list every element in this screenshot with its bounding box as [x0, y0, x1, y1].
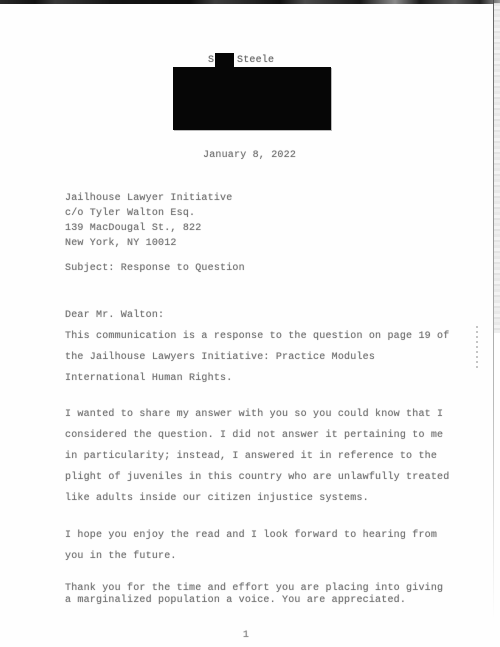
body-line: I hope you enjoy the read and I look for… — [65, 525, 437, 546]
scan-edge-right-smudge — [476, 324, 478, 368]
recipient-line-care-of: c/o Tyler Walton Esq. — [65, 206, 232, 221]
page-number: 1 — [0, 630, 492, 641]
body-line: plight of juveniles in this country who … — [65, 467, 449, 488]
date-line: January 8, 2022 — [203, 148, 296, 163]
body-line: International Human Rights. — [65, 368, 449, 389]
body-line: a marginalized population a voice. You a… — [65, 595, 443, 607]
subject-line: Subject: Response to Question — [65, 261, 245, 276]
scan-edge-top-artifact — [0, 0, 500, 4]
body-line: This communication is a response to the … — [65, 326, 449, 347]
body-line: Thank you for the time and effort you ar… — [65, 583, 443, 595]
recipient-line-street: 139 MacDougal St., 822 — [65, 221, 232, 236]
recipient-line-org: Jailhouse Lawyer Initiative — [65, 191, 232, 206]
scanned-letter-page: S Steele January 8, 2022 Jailhouse Lawye… — [0, 0, 500, 647]
body-line: you in the future. — [65, 546, 437, 567]
body-line: like adults inside our citizen injustice… — [65, 488, 449, 509]
redaction-box-small — [215, 53, 234, 68]
recipient-line-city: New York, NY 10012 — [65, 236, 232, 251]
body-paragraph-1: Dear Mr. Walton: This communication is a… — [65, 305, 449, 389]
body-line: the Jailhouse Lawyers Initiative: Practi… — [65, 347, 449, 368]
body-paragraph-2: I wanted to share my answer with you so … — [65, 404, 449, 509]
scan-edge-right-line — [493, 0, 495, 620]
sender-name-prefix: S — [208, 55, 214, 66]
body-paragraph-4: Thank you for the time and effort you ar… — [65, 583, 443, 607]
redaction-box-large — [173, 67, 331, 130]
body-line: in particularity; instead, I answered it… — [65, 446, 449, 467]
sender-name-rest: Steele — [237, 55, 274, 66]
body-line: I wanted to share my answer with you so … — [65, 404, 449, 425]
recipient-address-block: Jailhouse Lawyer Initiative c/o Tyler Wa… — [65, 191, 232, 251]
body-paragraph-3: I hope you enjoy the read and I look for… — [65, 525, 437, 567]
body-line: considered the question. I did not answe… — [65, 425, 449, 446]
salutation-line: Dear Mr. Walton: — [65, 305, 449, 326]
scan-edge-right-noise — [494, 3, 500, 333]
